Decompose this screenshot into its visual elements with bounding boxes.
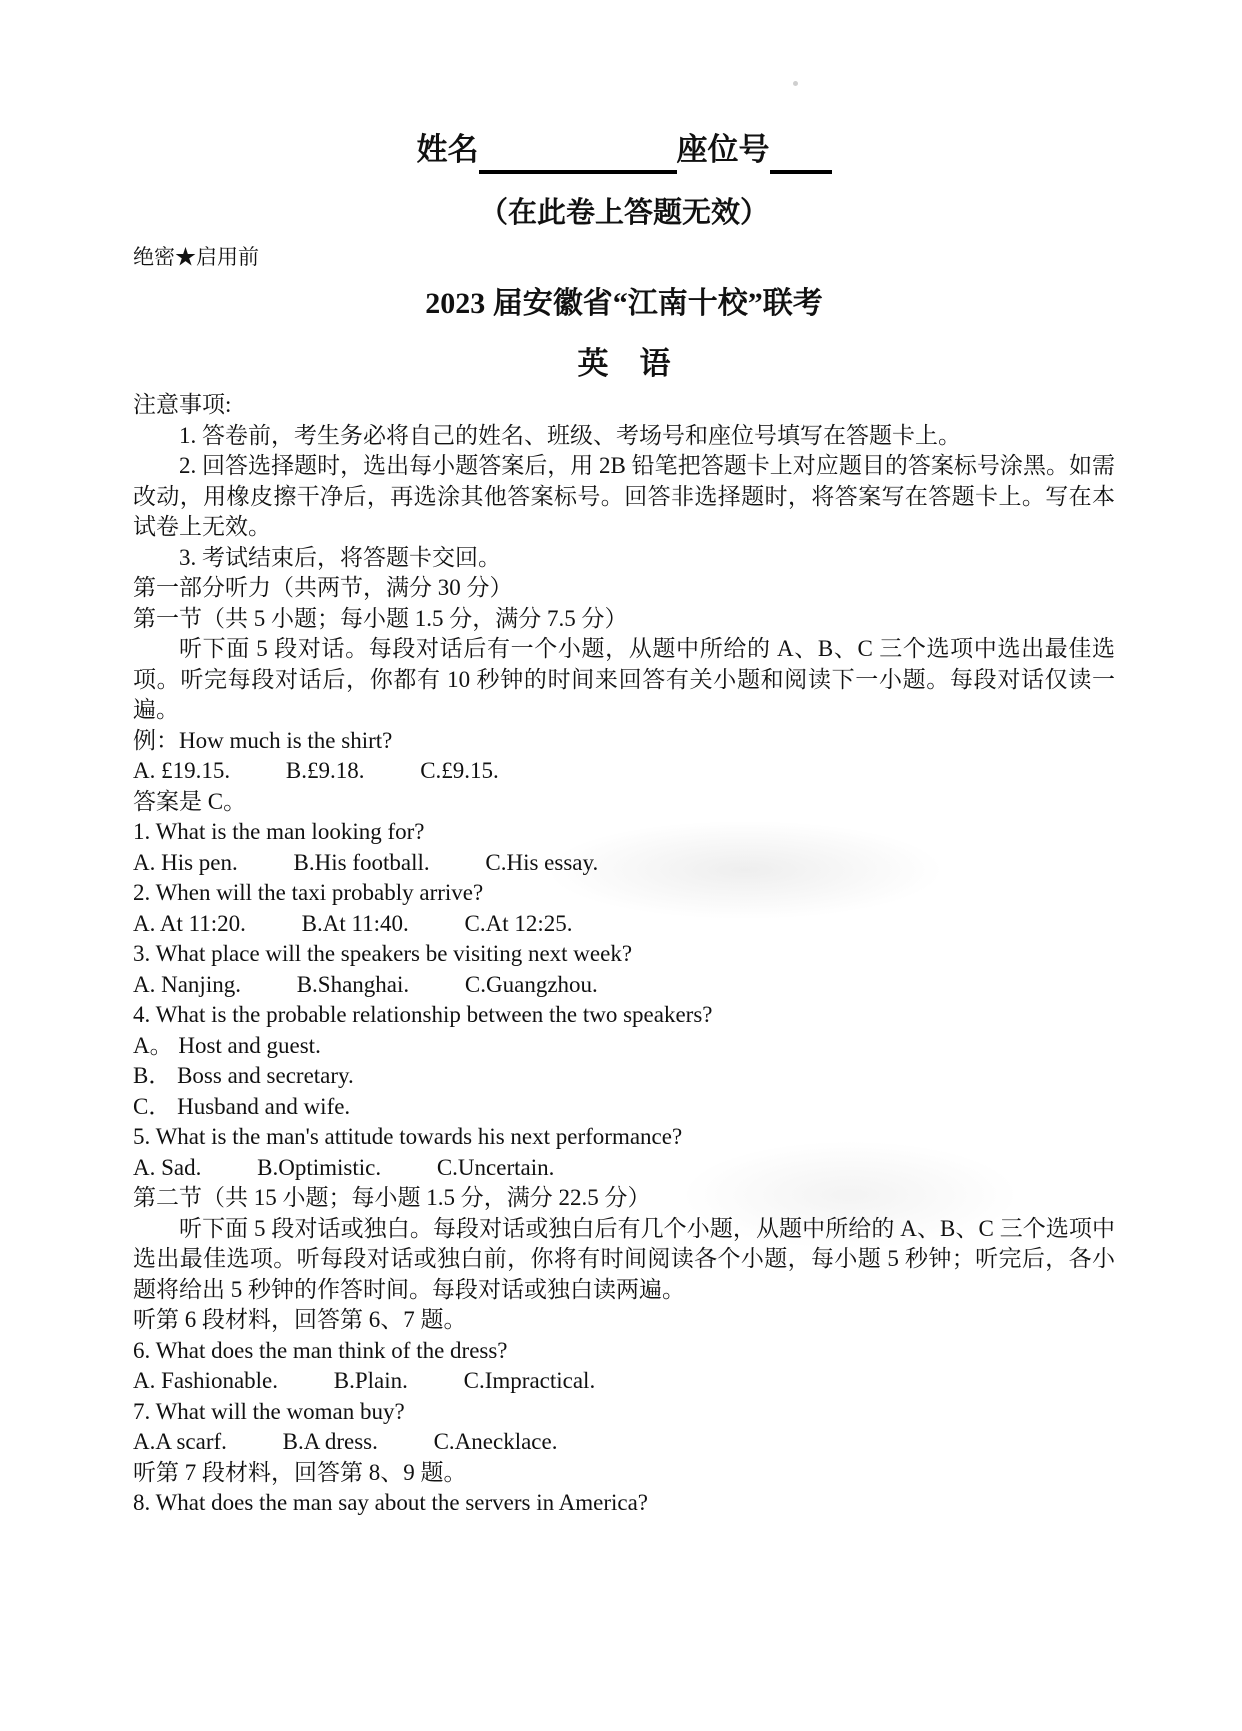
invalid-answer-notice: （在此卷上答题无效）	[133, 194, 1115, 232]
question-2-option-b: B.At 11:40.	[302, 909, 409, 940]
exam-paper-page: 姓名 座位号 （在此卷上答题无效） 绝密★启用前 2023 届安徽省“江南十校”…	[0, 0, 1242, 1731]
question-4-option-a: A。 Host and guest.	[133, 1031, 1115, 1062]
question-1-text: 1. What is the man looking for?	[133, 817, 1115, 848]
question-4-option-b: B． Boss and secretary.	[133, 1061, 1115, 1092]
notice-heading: 注意事项:	[133, 390, 1115, 421]
question-6-option-b: B.Plain.	[334, 1366, 408, 1397]
question-4-text: 4. What is the probable relationship bet…	[133, 1000, 1115, 1031]
notice-item-3: 3. 考试结束后，将答题卡交回。	[133, 543, 1115, 574]
section2-instructions: 听下面 5 段对话或独白。每段对话或独白后有几个小题，从题中所给的 A、B、C …	[133, 1214, 1115, 1306]
question-1-option-c: C.His essay.	[485, 848, 598, 879]
notice-item-1: 1. 答卷前，考生务必将自己的姓名、班级、考场号和座位号填写在答题卡上。	[133, 421, 1115, 452]
question-2-option-c: C.At 12:25.	[465, 909, 573, 940]
name-label: 姓名	[417, 132, 479, 167]
question-2-text: 2. When will the taxi probably arrive?	[133, 878, 1115, 909]
secrecy-label: 绝密★启用前	[133, 244, 1115, 270]
example-options: A. £19.15. B.£9.18. C.£9.15.	[133, 756, 1115, 787]
name-blank-field	[479, 130, 677, 174]
question-4-option-c: C． Husband and wife.	[133, 1092, 1115, 1123]
part1-heading: 第一部分听力（共两节，满分 30 分）	[133, 573, 1115, 604]
question-1-option-b: B.His football.	[294, 848, 430, 879]
question-7-text: 7. What will the woman buy?	[133, 1397, 1115, 1428]
question-1-options: A. His pen. B.His football. C.His essay.	[133, 848, 1115, 879]
example-answer-note: 答案是 C。	[133, 787, 1115, 818]
example-prompt: 例：How much is the shirt?	[133, 726, 1115, 757]
question-5-option-a: A. Sad.	[133, 1153, 201, 1184]
page-content: 姓名 座位号 （在此卷上答题无效） 绝密★启用前 2023 届安徽省“江南十校”…	[133, 0, 1115, 1519]
material-6-note: 听第 6 段材料，回答第 6、7 题。	[133, 1305, 1115, 1336]
example-option-a: A. £19.15.	[133, 756, 230, 787]
subject-title: 英 语	[133, 344, 1115, 384]
question-3-text: 3. What place will the speakers be visit…	[133, 939, 1115, 970]
question-3-options: A. Nanjing. B.Shanghai. C.Guangzhou.	[133, 970, 1115, 1001]
exam-title: 2023 届安徽省“江南十校”联考	[133, 284, 1115, 324]
question-5-option-b: B.Optimistic.	[257, 1153, 381, 1184]
question-3-option-b: B.Shanghai.	[297, 970, 409, 1001]
question-6-option-c: C.Impractical.	[464, 1366, 596, 1397]
question-6-text: 6. What does the man think of the dress?	[133, 1336, 1115, 1367]
example-option-c: C.£9.15.	[420, 756, 499, 787]
section1-heading: 第一节（共 5 小题；每小题 1.5 分，满分 7.5 分）	[133, 604, 1115, 635]
question-6-options: A. Fashionable. B.Plain. C.Impractical.	[133, 1366, 1115, 1397]
question-7-option-b: B.A dress.	[283, 1427, 378, 1458]
seat-label: 座位号	[677, 132, 770, 167]
question-1-option-a: A. His pen.	[133, 848, 238, 879]
question-2-options: A. At 11:20. B.At 11:40. C.At 12:25.	[133, 909, 1115, 940]
question-8-text: 8. What does the man say about the serve…	[133, 1488, 1115, 1519]
question-3-option-a: A. Nanjing.	[133, 970, 241, 1001]
section1-instructions: 听下面 5 段对话。每段对话后有一个小题，从题中所给的 A、B、C 三个选项中选…	[133, 634, 1115, 726]
question-5-options: A. Sad. B.Optimistic. C.Uncertain.	[133, 1153, 1115, 1184]
seat-blank-field	[770, 130, 832, 174]
notice-item-2: 2. 回答选择题时，选出每小题答案后，用 2B 铅笔把答题卡上对应题目的答案标号…	[133, 451, 1115, 543]
section2-heading: 第二节（共 15 小题；每小题 1.5 分，满分 22.5 分）	[133, 1183, 1115, 1214]
question-7-option-a: A.A scarf.	[133, 1427, 227, 1458]
question-7-options: A.A scarf. B.A dress. C.Anecklace.	[133, 1427, 1115, 1458]
question-7-option-c: C.Anecklace.	[434, 1427, 558, 1458]
question-3-option-c: C.Guangzhou.	[465, 970, 598, 1001]
question-5-text: 5. What is the man's attitude towards hi…	[133, 1122, 1115, 1153]
name-seat-line: 姓名 座位号	[133, 0, 1115, 174]
material-7-note: 听第 7 段材料，回答第 8、9 题。	[133, 1458, 1115, 1489]
question-6-option-a: A. Fashionable.	[133, 1366, 278, 1397]
question-2-option-a: A. At 11:20.	[133, 909, 246, 940]
example-option-b: B.£9.18.	[286, 756, 365, 787]
exam-body: 注意事项: 1. 答卷前，考生务必将自己的姓名、班级、考场号和座位号填写在答题卡…	[133, 390, 1115, 1519]
question-5-option-c: C.Uncertain.	[437, 1153, 555, 1184]
